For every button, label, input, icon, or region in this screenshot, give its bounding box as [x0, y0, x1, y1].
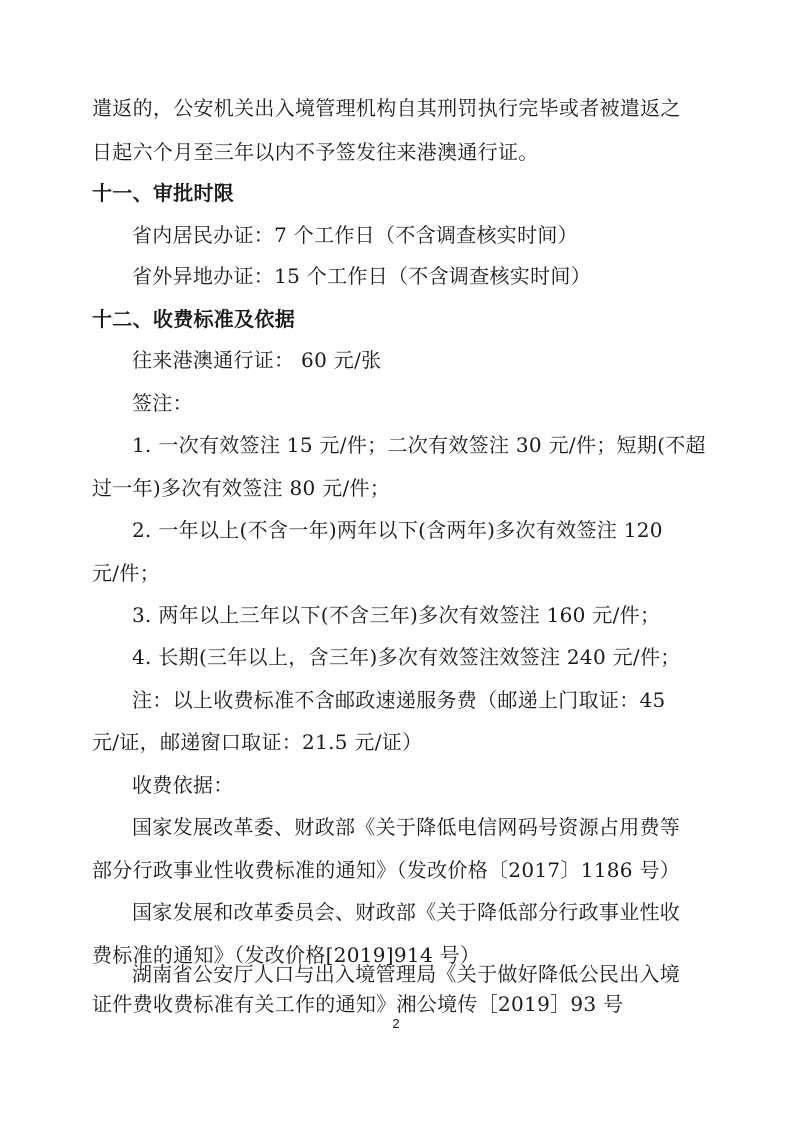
- paragraph-line: 签注：: [132, 390, 704, 416]
- paragraph-line: 国家发展和改革委员会、财政部《关于降低部分行政事业性收: [132, 899, 704, 925]
- paragraph-line: 元/件；: [92, 560, 704, 586]
- section-heading-approval-time: 十一、审批时限: [92, 180, 704, 206]
- paragraph-line: 2. 一年以上(不含一年)两年以下(含两年)多次有效签注 120: [132, 517, 704, 543]
- paragraph-line: 过一年)多次有效签注 80 元/件；: [92, 475, 704, 501]
- paragraph-line: 国家发展改革委、财政部《关于降低电信网码号资源占用费等: [132, 814, 704, 840]
- document-page: 遣返的，公安机关出入境管理机构自其刑罚执行完毕或者被遣返之 日起六个月至三年以内…: [0, 0, 793, 1122]
- paragraph-line: 往来港澳通行证： 60 元/张: [132, 347, 704, 373]
- paragraph-line: 省内居民办证：7 个工作日（不含调查核实时间）: [132, 222, 704, 248]
- page-number: 2: [388, 1016, 404, 1031]
- section-heading-fees: 十二、收费标准及依据: [92, 306, 704, 332]
- paragraph-line: 部分行政事业性收费标准的通知》（发改价格〔2017〕1186 号）: [92, 857, 704, 883]
- paragraph-line: 元/证，邮递窗口取证：21.5 元/证）: [92, 729, 704, 755]
- paragraph-line: 1. 一次有效签注 15 元/件；二次有效签注 30 元/件；短期(不超: [132, 432, 704, 458]
- paragraph-line: 日起六个月至三年以内不予签发往来港澳通行证。: [92, 139, 704, 165]
- paragraph-line: 证件费收费标准有关工作的通知》湘公境传［2019］93 号: [92, 991, 704, 1017]
- paragraph-line: 省外异地办证：15 个工作日（不含调查核实时间）: [132, 263, 704, 289]
- paragraph-line: 4. 长期(三年以上，含三年)多次有效签注效签注 240 元/件；: [132, 644, 704, 670]
- paragraph-line: 湖南省公安厅人口与出入境管理局《关于做好降低公民出入境: [132, 961, 704, 987]
- paragraph-line: 收费依据：: [132, 772, 704, 798]
- paragraph-line: 3. 两年以上三年以下(不含三年)多次有效签注 160 元/件；: [132, 602, 704, 628]
- paragraph-line: 遣返的，公安机关出入境管理机构自其刑罚执行完毕或者被遣返之: [92, 95, 704, 121]
- paragraph-line: 注：以上收费标准不含邮政速递服务费（邮递上门取证：45: [132, 687, 704, 713]
